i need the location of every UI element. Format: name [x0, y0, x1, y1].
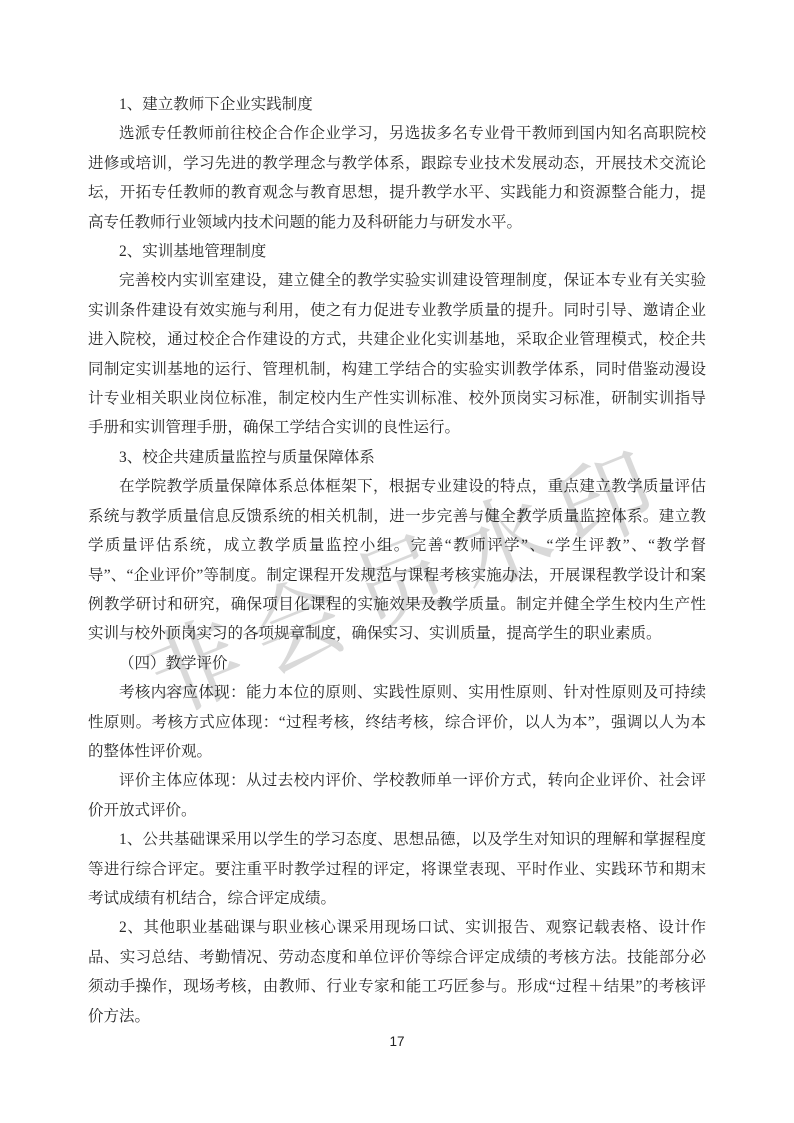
document-content: 1、建立教师下企业实践制度选派专任教师前往校企合作企业学习，另选拔多名专业骨干教… [88, 90, 706, 1031]
section-heading: 2、实训基地管理制度 [88, 237, 706, 266]
paragraph: 完善校内实训室建设，建立健全的教学实验实训建设管理制度，保证本专业有关实验实训条… [88, 266, 706, 442]
page-number: 17 [0, 1034, 794, 1049]
section-heading: 1、建立教师下企业实践制度 [88, 90, 706, 119]
paragraph: 评价主体应体现：从过去校内评价、学校教师单一评价方式，转向企业评价、社会评价开放… [88, 766, 706, 825]
paragraph: 考核内容应体现：能力本位的原则、实践性原则、实用性原则、针对性原则及可持续性原则… [88, 678, 706, 766]
paragraph: 2、其他职业基础课与职业核心课采用现场口试、实训报告、观察记载表格、设计作品、实… [88, 913, 706, 1031]
paragraph: 在学院教学质量保障体系总体框架下，根据专业建设的特点，重点建立教学质量评估系统与… [88, 472, 706, 648]
paragraph: 选派专任教师前往校企合作企业学习，另选拔多名专业骨干教师到国内知名高职院校进修或… [88, 119, 706, 237]
section-heading: （四）教学评价 [88, 649, 706, 678]
document-page: 非会员水印 1、建立教师下企业实践制度选派专任教师前往校企合作企业学习，另选拔多… [0, 0, 794, 1123]
section-heading: 3、校企共建质量监控与质量保障体系 [88, 443, 706, 472]
paragraph: 1、公共基础课采用以学生的学习态度、思想品德，以及学生对知识的理解和掌握程度等进… [88, 825, 706, 913]
